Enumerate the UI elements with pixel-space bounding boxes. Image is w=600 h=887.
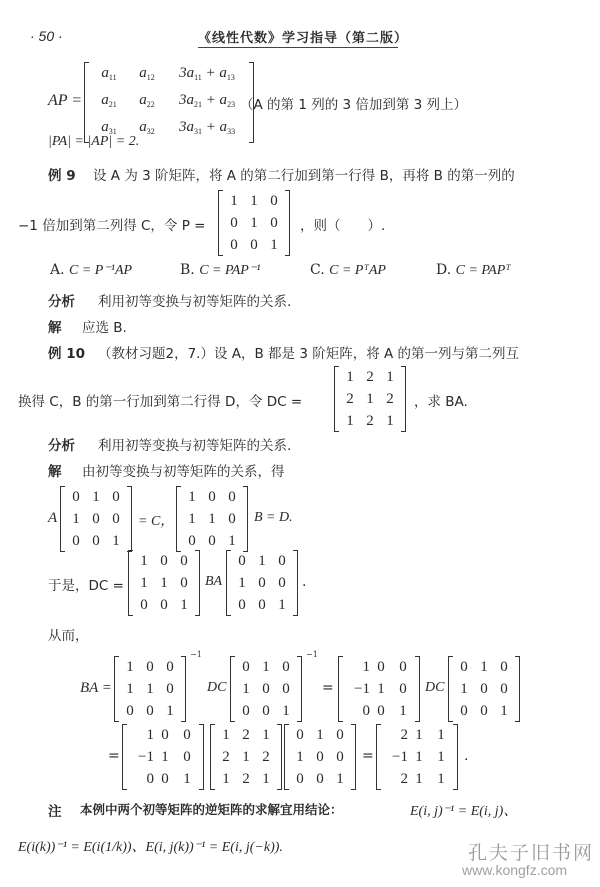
matrix-cell: 0 — [224, 212, 244, 234]
matrix-cell: 1 — [244, 190, 264, 212]
matrix-cell: 0 — [264, 190, 284, 212]
thus-text: 从而， — [48, 624, 89, 644]
eq2-tail: . — [302, 574, 306, 590]
matrix-cell: 0 — [310, 746, 330, 768]
watermark-url: www.kongfz.com — [462, 862, 567, 878]
matrix-cell: 1 — [340, 366, 360, 388]
matrix-cell: 1 — [120, 678, 140, 700]
matrix-cell: 2 — [340, 388, 360, 410]
matrix-cell: −1 — [128, 746, 154, 768]
matrix-cell: 1 — [244, 212, 264, 234]
matrix-cell: a12 — [128, 62, 166, 89]
matrix-cell: 0 — [454, 700, 474, 722]
matrix-cell: 1 — [174, 594, 194, 616]
matrix-cell: 0 — [252, 594, 272, 616]
matrix-cell: 0 — [392, 678, 414, 700]
eq3-matrix-3: 1 0 0 −1 1 0 0 0 1 — [338, 656, 420, 722]
option-a: A. C = P⁻¹AP — [50, 262, 132, 279]
matrix-cell: 0 — [222, 508, 242, 530]
matrix-cell: 1 — [154, 746, 176, 768]
matrix-cell: 0 — [154, 768, 176, 790]
matrix-cell: 3a11 + a13 — [166, 62, 248, 89]
matrix-cell: 2 — [360, 410, 380, 432]
matrix-cell: 0 — [330, 746, 350, 768]
matrix-cell: 0 — [330, 724, 350, 746]
option-text: C = PᵀAP — [329, 263, 386, 278]
matrix-cell: 1 — [182, 508, 202, 530]
matrix-cell: 1 — [290, 746, 310, 768]
matrix-cell: 1 — [256, 768, 276, 790]
matrix-cell: 0 — [86, 508, 106, 530]
matrix-cell: 1 — [430, 746, 452, 768]
example9-line2-suffix: ，则（ ）. — [300, 214, 385, 234]
matrix-cell: 0 — [494, 678, 514, 700]
example10-line2-prefix: 换得 C，B 的第一行加到第二行得 D，令 DC = — [18, 390, 302, 410]
solution-label: 解 — [48, 460, 62, 480]
matrix-cell: 1 — [430, 724, 452, 746]
matrix-cell: 1 — [276, 700, 296, 722]
matrix-cell: 0 — [244, 234, 264, 256]
matrix-cell: 1 — [176, 768, 198, 790]
matrix-cell: 1 — [106, 530, 126, 552]
matrix-cell: 0 — [140, 656, 160, 678]
matrix-cell: 0 — [272, 550, 292, 572]
inverse-superscript: −1 — [306, 650, 318, 659]
solution-text: 由初等变换与初等矩阵的关系，得 — [82, 460, 285, 480]
ap-note: （A 的第 1 列的 3 倍加到第 3 列上） — [240, 93, 467, 113]
matrix-cell: 0 — [236, 656, 256, 678]
matrix-cell: 1 — [340, 410, 360, 432]
matrix-cell: 0 — [276, 656, 296, 678]
matrix-cell: 1 — [140, 678, 160, 700]
eq4-tail: . — [464, 748, 468, 764]
matrix-cell: 1 — [474, 656, 494, 678]
matrix-cell: a22 — [128, 89, 166, 116]
matrix-cell: 0 — [66, 530, 86, 552]
eq3-lhs: BA = — [80, 680, 112, 697]
matrix-cell: 1 — [256, 656, 276, 678]
matrix-cell: 0 — [154, 594, 174, 616]
example10-line1: （教材习题2，7.）设 A，B 都是 3 阶矩阵，将 A 的第一列与第二列互 — [98, 342, 519, 362]
eq4-equals: = — [108, 748, 120, 764]
matrix-cell: 1 — [494, 700, 514, 722]
matrix-cell: 1 — [408, 768, 430, 790]
matrix-cell: 0 — [256, 678, 276, 700]
matrix-cell: 0 — [134, 594, 154, 616]
matrix-cell: 0 — [224, 234, 244, 256]
matrix-cell: 1 — [86, 486, 106, 508]
matrix-cell: 1 — [160, 700, 180, 722]
example9-line1: 设 A 为 3 阶矩阵，将 A 的第二行加到第一行得 B，再将 B 的第一列的 — [93, 164, 515, 184]
note-text: 本例中两个初等矩阵的逆矩阵的求解宜用结论： — [80, 800, 343, 818]
matrix-cell: 0 — [474, 678, 494, 700]
matrix-cell: 0 — [264, 212, 284, 234]
eq2-matrix-2: 0 1 0 1 0 0 0 0 1 — [226, 550, 298, 616]
matrix-cell: 2 — [216, 746, 236, 768]
eq4-matrix-2: 1 2 1 2 1 2 1 2 1 — [210, 724, 282, 790]
ap-matrix: a11 a12 3a11 + a13 a21 a22 3a21 + a23 a3… — [84, 62, 254, 143]
matrix-cell: 1 — [370, 678, 392, 700]
eq3-matrix-1: 1 0 0 1 1 0 0 0 1 — [114, 656, 186, 722]
matrix-cell: 1 — [236, 746, 256, 768]
matrix-cell: 0 — [86, 530, 106, 552]
matrix-cell: 2 — [256, 746, 276, 768]
matrix-cell: 1 — [154, 572, 174, 594]
eq4-matrix-1: 1 0 0 −1 1 0 0 0 1 — [122, 724, 204, 790]
option-key: C. — [310, 262, 325, 278]
matrix-cell: 3a31 + a33 — [166, 116, 248, 143]
matrix-cell: 0 — [370, 700, 392, 722]
watermark-name: 孔夫子旧书网 — [468, 838, 594, 865]
matrix-cell: 1 — [120, 656, 140, 678]
matrix-cell: 0 — [272, 572, 292, 594]
option-text: C = PAP⁻¹ — [199, 263, 260, 278]
matrix-cell: 1 — [330, 768, 350, 790]
option-key: A. — [50, 262, 65, 278]
matrix-cell: 1 — [66, 508, 86, 530]
analysis-label: 分析 — [48, 290, 75, 310]
option-b: B. C = PAP⁻¹ — [180, 262, 260, 279]
solution-label: 解 — [48, 316, 62, 336]
matrix-cell: 0 — [140, 700, 160, 722]
matrix-cell: 1 — [224, 190, 244, 212]
note-formula-2: E(i(k))⁻¹ = E(i(1/k))、E(i, j(k))⁻¹ = E(i… — [18, 836, 283, 856]
matrix-cell: 2 — [236, 724, 256, 746]
analysis-text: 利用初等变换与初等矩阵的关系. — [98, 434, 291, 454]
eq3-mid2: DC — [425, 680, 444, 696]
matrix-DC: 1 2 1 2 1 2 1 2 1 — [334, 366, 406, 432]
det-line: |PA| = |AP| = 2. — [48, 134, 139, 150]
solution-text: 应选 B. — [82, 316, 127, 336]
matrix-cell: 1 — [264, 234, 284, 256]
matrix-cell: 0 — [66, 486, 86, 508]
eq4-equals-2: = — [362, 748, 374, 764]
matrix-cell: 0 — [176, 746, 198, 768]
matrix-cell: 1 — [232, 572, 252, 594]
matrix-cell: 1 — [236, 678, 256, 700]
matrix-cell: 0 — [174, 550, 194, 572]
matrix-cell: a11 — [90, 62, 128, 89]
eq3-equals: = — [322, 680, 334, 696]
matrix-cell: 1 — [134, 572, 154, 594]
matrix-cell: 1 — [310, 724, 330, 746]
matrix-cell: 0 — [276, 678, 296, 700]
example9-line2-prefix: −1 倍加到第二列得 C，令 P = — [18, 214, 205, 234]
eq4-result-matrix: 2 1 1 −1 1 1 2 1 1 — [376, 724, 458, 790]
option-c: C. C = PᵀAP — [310, 262, 386, 279]
eq1-matrix-2: 1 0 0 1 1 0 0 0 1 — [176, 486, 248, 552]
matrix-cell: 0 — [232, 594, 252, 616]
option-key: D. — [436, 262, 451, 278]
matrix-cell: 0 — [232, 550, 252, 572]
note-formula-1: E(i, j)⁻¹ = E(i, j)、 — [410, 800, 517, 820]
matrix-cell: 0 — [182, 530, 202, 552]
matrix-cell: 2 — [382, 724, 408, 746]
option-text: C = PAPᵀ — [456, 263, 511, 278]
matrix-cell: 0 — [106, 508, 126, 530]
matrix-cell: 1 — [408, 724, 430, 746]
eq1-A: A — [48, 510, 57, 527]
matrix-cell: 0 — [290, 768, 310, 790]
matrix-cell: 0 — [154, 724, 176, 746]
matrix-cell: −1 — [382, 746, 408, 768]
matrix-cell: 0 — [494, 656, 514, 678]
matrix-cell: 0 — [154, 550, 174, 572]
matrix-cell: 0 — [202, 486, 222, 508]
eq3-matrix-4: 0 1 0 1 0 0 0 0 1 — [448, 656, 520, 722]
option-text: C = P⁻¹AP — [69, 263, 132, 278]
eq2-prefix: 于是，DC = — [48, 574, 124, 594]
option-d: D. C = PAPᵀ — [436, 262, 511, 279]
matrix-cell: 0 — [120, 700, 140, 722]
eq1-tail: B = D. — [254, 510, 293, 526]
matrix-cell: 1 — [380, 410, 400, 432]
matrix-cell: 1 — [216, 768, 236, 790]
matrix-cell: 1 — [134, 550, 154, 572]
analysis-text: 利用初等变换与初等矩阵的关系. — [98, 290, 291, 310]
eq2-matrix-1: 1 0 0 1 1 0 0 0 1 — [128, 550, 200, 616]
example10-label: 例 10 — [48, 342, 85, 362]
matrix-cell: 0 — [106, 486, 126, 508]
matrix-cell: 1 — [222, 530, 242, 552]
matrix-cell: 1 — [408, 746, 430, 768]
matrix-cell: 1 — [182, 486, 202, 508]
header-rule — [198, 47, 398, 48]
matrix-cell: 1 — [392, 700, 414, 722]
matrix-cell: 0 — [474, 700, 494, 722]
matrix-cell: 1 — [344, 656, 370, 678]
matrix-cell: 0 — [176, 724, 198, 746]
eq1-matrix-1: 0 1 0 1 0 0 0 0 1 — [60, 486, 132, 552]
matrix-cell: a21 — [90, 89, 128, 116]
matrix-cell: 1 — [430, 768, 452, 790]
matrix-cell: 1 — [216, 724, 236, 746]
matrix-cell: 0 — [236, 700, 256, 722]
matrix-cell: 0 — [392, 656, 414, 678]
matrix-cell: 0 — [344, 700, 370, 722]
note-label: 注 — [48, 800, 62, 820]
matrix-cell: 0 — [160, 656, 180, 678]
inverse-superscript: −1 — [190, 650, 202, 659]
matrix-cell: 1 — [380, 366, 400, 388]
matrix-cell: 0 — [252, 572, 272, 594]
page-number: · 50 · — [30, 28, 63, 44]
matrix-cell: 1 — [128, 724, 154, 746]
matrix-cell: 0 — [256, 700, 276, 722]
matrix-P: 1 1 0 0 1 0 0 0 1 — [218, 190, 290, 256]
matrix-cell: 0 — [454, 656, 474, 678]
matrix-cell: 1 — [272, 594, 292, 616]
eq3-matrix-2: 0 1 0 1 0 0 0 0 1 — [230, 656, 302, 722]
matrix-cell: 1 — [252, 550, 272, 572]
eq3-mid: DC — [207, 680, 226, 696]
matrix-cell: −1 — [344, 678, 370, 700]
running-title: 《线性代数》学习指导（第二版） — [198, 27, 408, 46]
matrix-cell: 0 — [290, 724, 310, 746]
matrix-cell: 0 — [128, 768, 154, 790]
matrix-cell: 0 — [202, 530, 222, 552]
matrix-cell: 1 — [454, 678, 474, 700]
option-key: B. — [180, 262, 195, 278]
matrix-cell: 0 — [370, 656, 392, 678]
analysis-label: 分析 — [48, 434, 75, 454]
matrix-cell: 0 — [310, 768, 330, 790]
matrix-cell: 2 — [382, 768, 408, 790]
eq1-mid: = C， — [138, 510, 174, 530]
matrix-cell: 2 — [236, 768, 256, 790]
matrix-cell: 2 — [380, 388, 400, 410]
ap-lhs: AP = — [48, 92, 82, 110]
eq2-mid: BA — [205, 574, 222, 590]
eq4-matrix-3: 0 1 0 1 0 0 0 0 1 — [284, 724, 356, 790]
matrix-cell: 1 — [360, 388, 380, 410]
matrix-cell: 1 — [256, 724, 276, 746]
matrix-cell: 2 — [360, 366, 380, 388]
matrix-cell: 0 — [174, 572, 194, 594]
example10-line2-suffix: ，求 BA. — [414, 390, 468, 410]
matrix-cell: 1 — [202, 508, 222, 530]
example9-label: 例 9 — [48, 164, 76, 184]
matrix-cell: 3a21 + a23 — [166, 89, 248, 116]
matrix-cell: 0 — [222, 486, 242, 508]
matrix-cell: 0 — [160, 678, 180, 700]
